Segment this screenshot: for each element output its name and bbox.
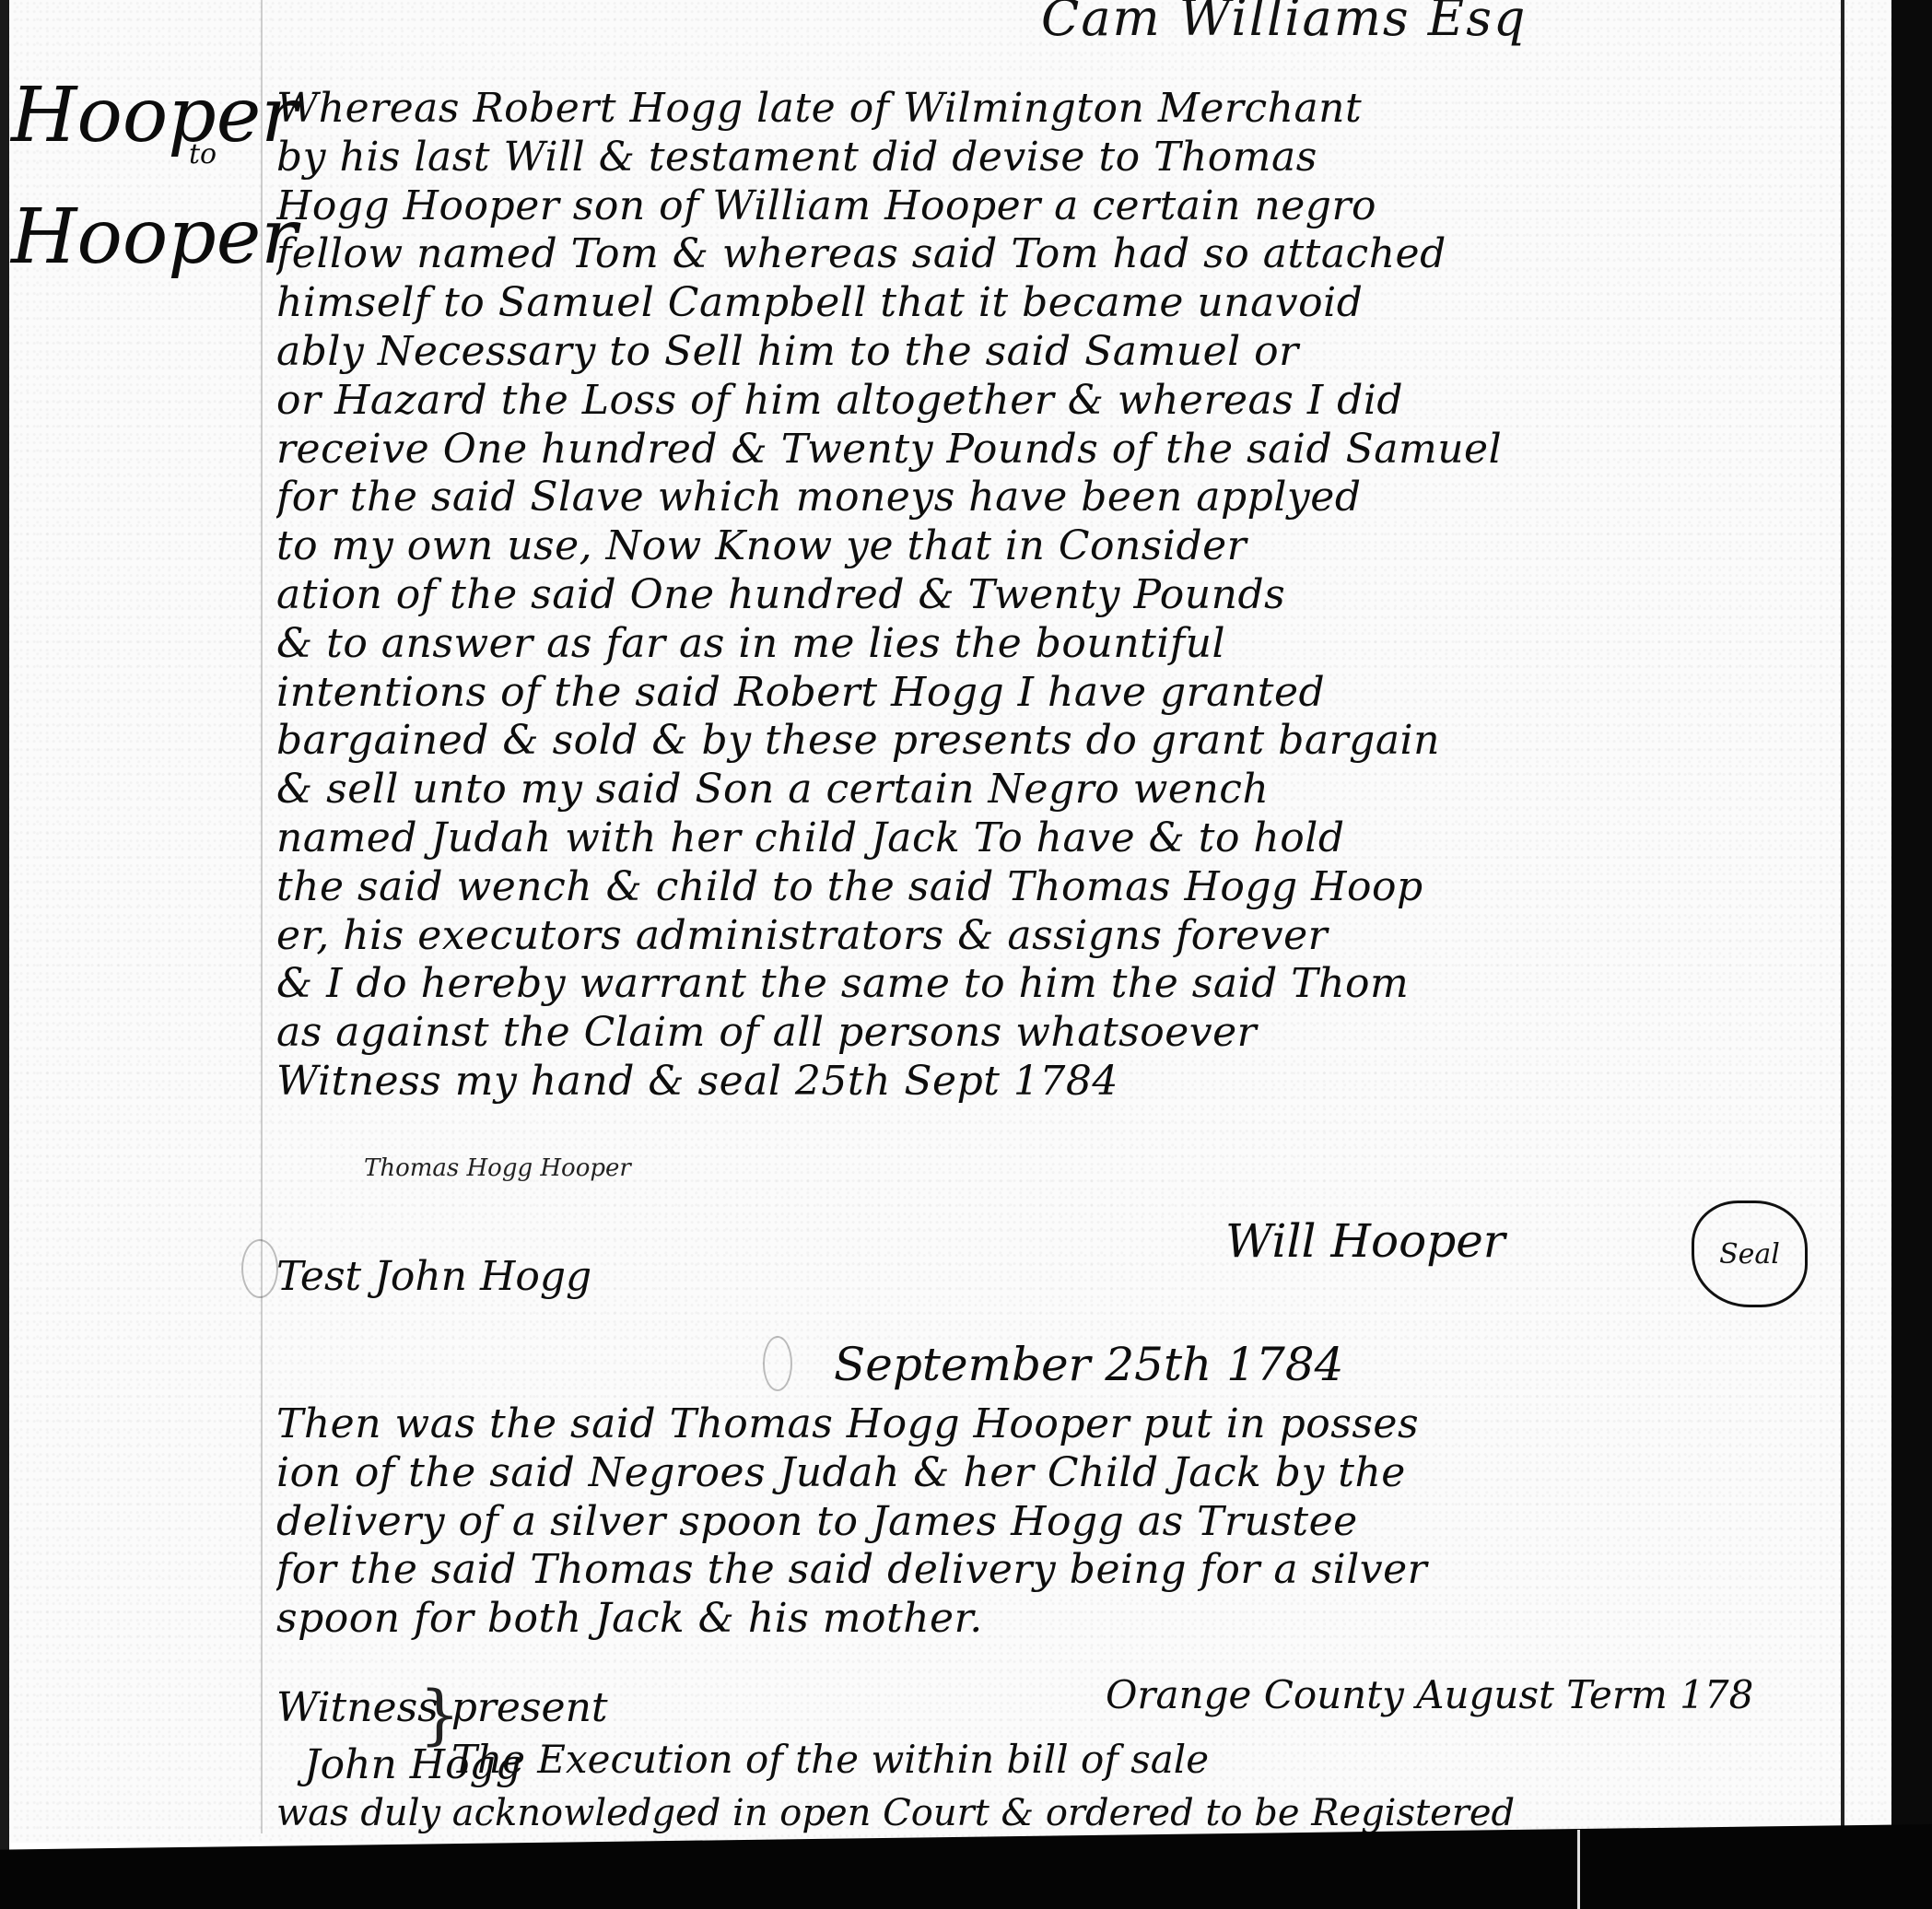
delivery-line: for the said Thomas the said delivery be… — [276, 1546, 1870, 1595]
deed-line: receive One hundred & Twenty Pounds of t… — [276, 426, 1870, 474]
test-witness: Test John Hogg — [276, 1253, 591, 1300]
deed-line: er, his executors administrators & assig… — [276, 912, 1870, 961]
delivery-body: Then was the said Thomas Hogg Hooper put… — [276, 1400, 1870, 1644]
deed-line: & to answer as far as in me lies the bou… — [276, 620, 1870, 669]
deed-line: by his last Will & testament did devise … — [276, 134, 1870, 182]
deed-line: Witness my hand & seal 25th Sept 1784 — [276, 1058, 1870, 1107]
punch-hole — [241, 1239, 278, 1298]
deed-line: & sell unto my said Son a certain Negro … — [276, 766, 1870, 814]
seal-mark: Seal — [1692, 1200, 1808, 1307]
delivery-line: spoon for both Jack & his mother. — [276, 1595, 1870, 1644]
interlinear-insertion: Thomas Hogg Hooper — [364, 1154, 631, 1182]
deed-line: for the said Slave which moneys have bee… — [276, 474, 1870, 522]
deed-line: fellow named Tom & whereas said Tom had … — [276, 230, 1870, 279]
deed-line: the said wench & child to the said Thoma… — [276, 863, 1870, 912]
deed-line: & I do hereby warrant the same to him th… — [276, 960, 1870, 1009]
seal-label: Seal — [1719, 1238, 1780, 1271]
case-versus: to — [189, 138, 217, 170]
deed-line: intentions of the said Robert Hogg I hav… — [276, 669, 1870, 718]
deed-line: named Judah with her child Jack To have … — [276, 814, 1870, 863]
deed-body: Whereas Robert Hogg late of Wilmington M… — [276, 85, 1870, 1107]
punch-hole — [763, 1336, 792, 1391]
case-defendant: Hooper — [11, 193, 297, 281]
court-line: The Execution of the within bill of sale — [451, 1737, 1209, 1782]
deed-line: ably Necessary to Sell him to the said S… — [276, 328, 1870, 377]
scan-left-edge — [0, 0, 9, 1909]
court-line: was duly acknowledged in open Court & or… — [276, 1792, 1515, 1834]
deed-line: or Hazard the Loss of him altogether & w… — [276, 377, 1870, 426]
document-page: Cam Williams Esq Hooper to Hooper Wherea… — [0, 0, 1898, 1843]
delivery-line: delivery of a silver spoon to James Hogg… — [276, 1498, 1870, 1547]
deed-line: bargained & sold & by these presents do … — [276, 717, 1870, 766]
header-fragment: Cam Williams Esq — [1041, 0, 1528, 47]
deed-line: as against the Claim of all persons what… — [276, 1009, 1870, 1058]
delivery-date: September 25th 1784 — [834, 1338, 1343, 1391]
deed-line: Hogg Hooper son of William Hooper a cert… — [276, 182, 1870, 231]
delivery-line: ion of the said Negroes Judah & her Chil… — [276, 1449, 1870, 1498]
deed-line: himself to Samuel Campbell that it becam… — [276, 279, 1870, 328]
deed-line: ation of the said One hundred & Twenty P… — [276, 571, 1870, 620]
deed-line: Whereas Robert Hogg late of Wilmington M… — [276, 85, 1870, 134]
delivery-line: Then was the said Thomas Hogg Hooper put… — [276, 1400, 1870, 1449]
scan-bottom-mark — [1577, 1830, 1580, 1909]
case-plaintiff: Hooper — [11, 72, 297, 159]
deed-line: to my own use, Now Know ye that in Consi… — [276, 522, 1870, 571]
court-heading: Orange County August Term 178 — [1106, 1672, 1753, 1717]
scan-right-edge — [1891, 0, 1932, 1909]
grantor-signature: Will Hooper — [1225, 1214, 1505, 1268]
